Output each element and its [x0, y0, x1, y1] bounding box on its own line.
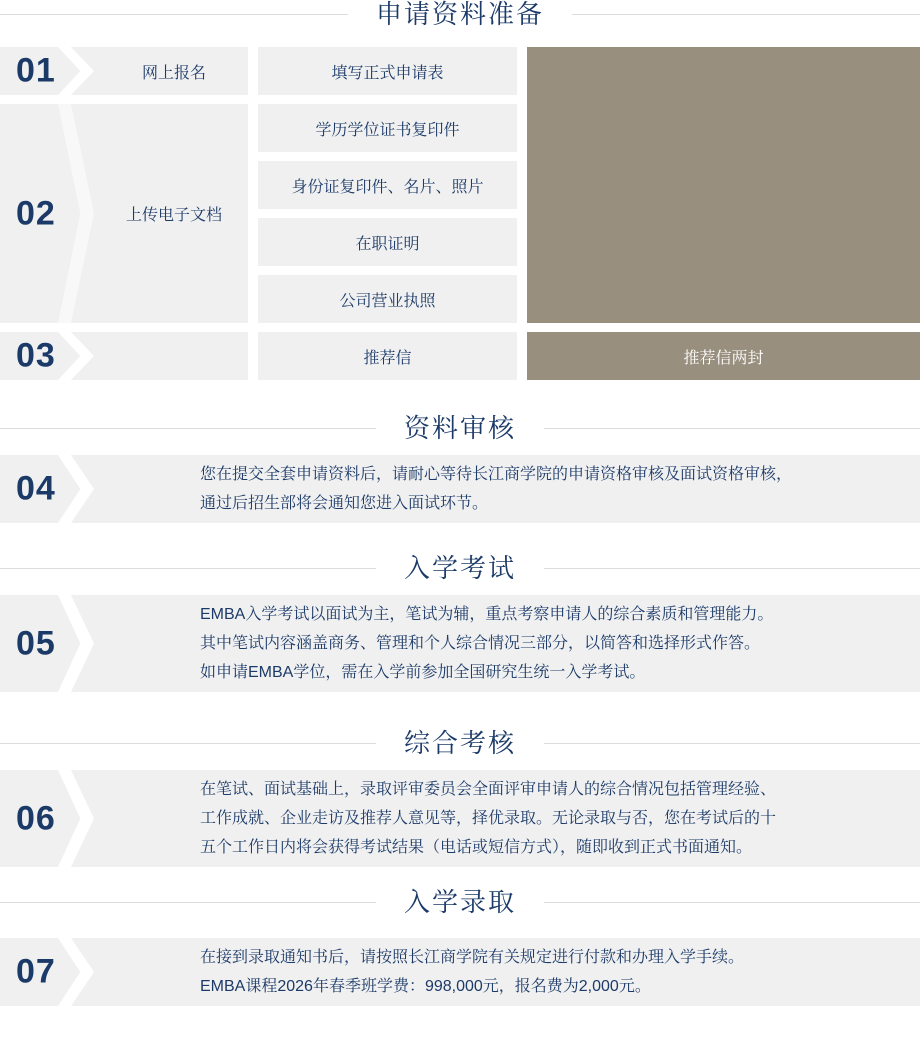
description-line: 您在提交全套申请资料后，请耐心等待长江商学院的申请资格审核及面试资格审核， [200, 460, 820, 489]
divider-line [0, 902, 376, 903]
chevron-right-icon [58, 47, 94, 95]
description-line: 工作成就、企业走访及推荐人意见等，择优录取。无论录取与否，您在考试后的十 [200, 804, 820, 833]
item-cell-application-form: 填写正式申请表 [258, 47, 517, 95]
divider-line [544, 743, 920, 744]
divider-line [0, 428, 376, 429]
step-label: 上传电子文档 [100, 202, 248, 225]
item-cell-id-card: 身份证复印件、名片、照片 [258, 161, 517, 209]
step-label: 网上报名 [100, 60, 248, 83]
step-block-04: 04 您在提交全套申请资料后，请耐心等待长江商学院的申请资格审核及面试资格审核，… [0, 455, 920, 523]
description-line: 在笔试、面试基础上，录取评审委员会全面评审申请人的综合情况包括管理经验、 [200, 775, 820, 804]
step-number: 07 [16, 953, 56, 992]
prep-table: 01 网上报名 02 上传电子文档 03 填写正式申请表 学历学位证书复印件 身… [0, 47, 920, 380]
section-title-assessment: 综合考核 [404, 729, 516, 757]
section-title-exam: 入学考试 [404, 554, 516, 582]
description-line: 其中笔试内容涵盖商务、管理和个人综合情况三部分，以简答和选择形式作答。 [200, 629, 820, 658]
item-cell-employment-proof: 在职证明 [258, 218, 517, 266]
chevron-right-icon [58, 595, 94, 692]
chevron-right-icon [58, 455, 94, 523]
description-line: 通过后招生部将会通知您进入面试环节。 [200, 489, 820, 518]
description-line: EMBA课程2026年春季班学费：998,000元，报名费为2,000元。 [200, 972, 820, 1001]
item-cell-recommendation-letter: 推荐信 [258, 332, 517, 380]
section-title-review: 资料审核 [404, 414, 516, 442]
section-title-admission: 入学录取 [404, 888, 516, 916]
step-row-01: 01 网上报名 [0, 47, 248, 95]
section-title-prep: 申请资料准备 [376, 0, 544, 28]
step-description: 在接到录取通知书后，请按照长江商学院有关规定进行付款和办理入学手续。 EMBA课… [200, 938, 820, 1006]
divider-line [544, 428, 920, 429]
step-number: 02 [16, 194, 56, 233]
step-row-02: 02 上传电子文档 [0, 104, 248, 323]
divider-line [572, 14, 920, 15]
application-process-page: 申请资料准备 01 网上报名 02 上传电子文档 03 填写正式申请表 学历学位… [0, 0, 920, 1006]
description-line: 如申请EMBA学位，需在入学前参加全国研究生统一入学考试。 [200, 658, 820, 687]
step-row-03: 03 [0, 332, 248, 380]
step-number: 03 [16, 337, 56, 376]
description-line: 五个工作日内将会获得考试结果（电话或短信方式），随即收到正式书面通知。 [200, 833, 820, 862]
step-description: 在笔试、面试基础上，录取评审委员会全面评审申请人的综合情况包括管理经验、 工作成… [200, 770, 820, 867]
section-header-admission: 入学录取 [0, 888, 920, 916]
highlight-cell-recommendation: 推荐信两封 [527, 332, 920, 380]
item-cell-degree-certificate: 学历学位证书复印件 [258, 104, 517, 152]
step-block-06: 06 在笔试、面试基础上，录取评审委员会全面评审申请人的综合情况包括管理经验、 … [0, 770, 920, 867]
chevron-right-icon [58, 770, 94, 867]
divider-line [544, 902, 920, 903]
section-header-review: 资料审核 [0, 414, 920, 442]
divider-line [544, 568, 920, 569]
step-description: EMBA入学考试以面试为主，笔试为辅，重点考察申请人的综合素质和管理能力。 其中… [200, 595, 820, 692]
section-header-assessment: 综合考核 [0, 729, 920, 757]
chevron-right-icon [58, 104, 94, 323]
step-block-07: 07 在接到录取通知书后，请按照长江商学院有关规定进行付款和办理入学手续。 EM… [0, 938, 920, 1006]
step-number: 04 [16, 470, 56, 509]
divider-line [0, 14, 348, 15]
description-line: EMBA入学考试以面试为主，笔试为辅，重点考察申请人的综合素质和管理能力。 [200, 600, 820, 629]
divider-line [0, 743, 376, 744]
chevron-right-icon [58, 938, 94, 1006]
section-header-prep: 申请资料准备 [0, 0, 920, 28]
step-number: 05 [16, 624, 56, 663]
step-number: 06 [16, 799, 56, 838]
item-cell-business-license: 公司营业执照 [258, 275, 517, 323]
step-number: 01 [16, 52, 56, 91]
step-block-05: 05 EMBA入学考试以面试为主，笔试为辅，重点考察申请人的综合素质和管理能力。… [0, 595, 920, 692]
chevron-right-icon [58, 332, 94, 380]
divider-line [0, 568, 376, 569]
step-description: 您在提交全套申请资料后，请耐心等待长江商学院的申请资格审核及面试资格审核， 通过… [200, 455, 820, 523]
section-header-exam: 入学考试 [0, 554, 920, 582]
description-line: 在接到录取通知书后，请按照长江商学院有关规定进行付款和办理入学手续。 [200, 943, 820, 972]
photo-placeholder [527, 47, 920, 323]
